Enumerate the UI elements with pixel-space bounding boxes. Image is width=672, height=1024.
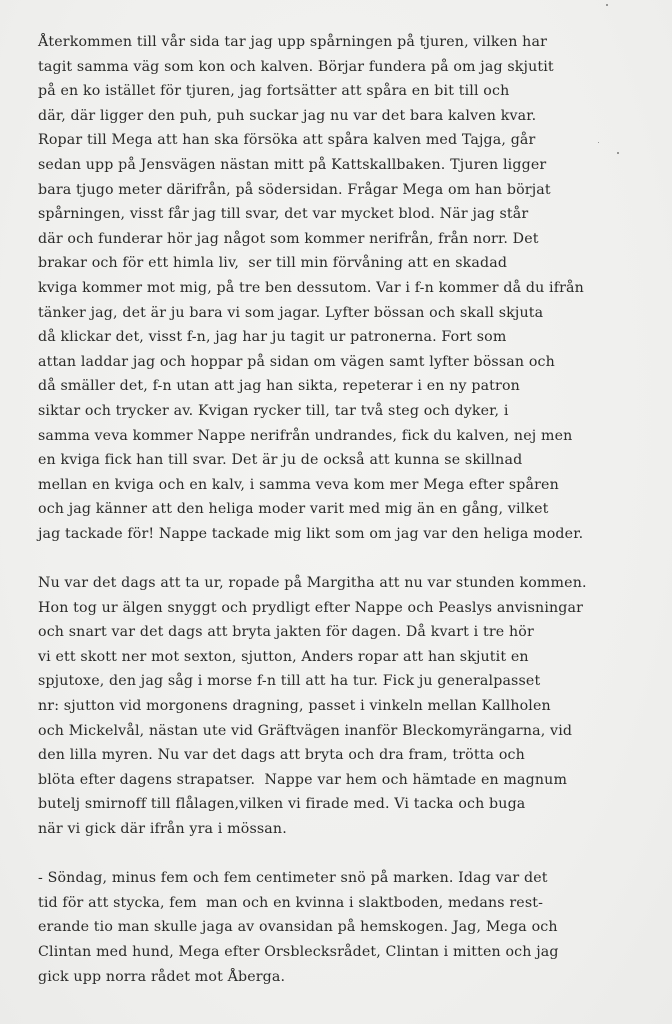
- text-line: på en ko istället för tjuren, jag fortsä…: [38, 79, 668, 104]
- text-line: attan laddar jag och hoppar på sidan om …: [38, 350, 668, 375]
- text-line: tagit samma väg som kon och kalven. Börj…: [38, 55, 668, 80]
- text-line: Hon tog ur älgen snyggt och prydligt eft…: [38, 596, 668, 621]
- text-line: Återkommen till vår sida tar jag upp spå…: [38, 30, 668, 55]
- text-line: när vi gick där ifrån yra i mössan.: [38, 817, 668, 842]
- text-line: jag tackade för! Nappe tackade mig likt …: [38, 522, 668, 547]
- text-line: tid för att stycka, fem man och en kvinn…: [38, 891, 668, 916]
- text-line: vi ett skott ner mot sexton, sjutton, An…: [38, 645, 668, 670]
- paragraph-3: - Söndag, minus fem och fem centimeter s…: [38, 866, 668, 989]
- text-line: då smäller det, f-n utan att jag han sik…: [38, 374, 668, 399]
- paragraph-2: Nu var det dags att ta ur, ropade på Mar…: [38, 571, 668, 842]
- text-line: kviga kommer mot mig, på tre ben dessuto…: [38, 276, 668, 301]
- text-line: bara tjugo meter därifrån, på södersidan…: [38, 178, 668, 203]
- text-line: siktar och trycker av. Kvigan rycker til…: [38, 399, 668, 424]
- text-line: då klickar det, visst f-n, jag har ju ta…: [38, 325, 668, 350]
- text-line: tänker jag, det är ju bara vi som jagar.…: [38, 301, 668, 326]
- paragraph-spacer: [38, 546, 668, 571]
- text-line: den lilla myren. Nu var det dags att bry…: [38, 743, 668, 768]
- text-line: en kviga fick han till svar. Det är ju d…: [38, 448, 668, 473]
- text-line: gick upp norra rådet mot Åberga.: [38, 965, 668, 990]
- text-line: sedan upp på Jensvägen nästan mitt på Ka…: [38, 153, 668, 178]
- typewritten-text: Återkommen till vår sida tar jag upp spå…: [38, 30, 668, 989]
- text-line: brakar och för ett himla liv, ser till m…: [38, 251, 668, 276]
- text-line: butelj smirnoff till flålagen,vilken vi …: [38, 792, 668, 817]
- text-line: blöta efter dagens strapatser. Nappe var…: [38, 768, 668, 793]
- text-line: där och funderar hör jag något som komme…: [38, 227, 668, 252]
- text-line: mellan en kviga och en kalv, i samma vev…: [38, 473, 668, 498]
- text-line: och Mickelvål, nästan ute vid Gräftvägen…: [38, 719, 668, 744]
- text-line: där, där ligger den puh, puh suckar jag …: [38, 104, 668, 129]
- text-line: Ropar till Mega att han ska försöka att …: [38, 128, 668, 153]
- text-line: Nu var det dags att ta ur, ropade på Mar…: [38, 571, 668, 596]
- text-line: nr: sjutton vid morgonens dragning, pass…: [38, 694, 668, 719]
- paper-speck: [606, 4, 608, 6]
- text-line: spjutoxe, den jag såg i morse f-n till a…: [38, 669, 668, 694]
- text-line: och jag känner att den heliga moder vari…: [38, 497, 668, 522]
- text-line: och snart var det dags att bryta jakten …: [38, 620, 668, 645]
- text-line: spårningen, visst får jag till svar, det…: [38, 202, 668, 227]
- text-line: erande tio man skulle jaga av ovansidan …: [38, 915, 668, 940]
- paragraph-spacer: [38, 842, 668, 867]
- scanned-page: Återkommen till vår sida tar jag upp spå…: [0, 0, 672, 1024]
- text-line: Clintan med hund, Mega efter Orsblecksrå…: [38, 940, 668, 965]
- paragraph-1: Återkommen till vår sida tar jag upp spå…: [38, 30, 668, 546]
- text-line: samma veva kommer Nappe nerifrån undrand…: [38, 424, 668, 449]
- text-line: - Söndag, minus fem och fem centimeter s…: [38, 866, 668, 891]
